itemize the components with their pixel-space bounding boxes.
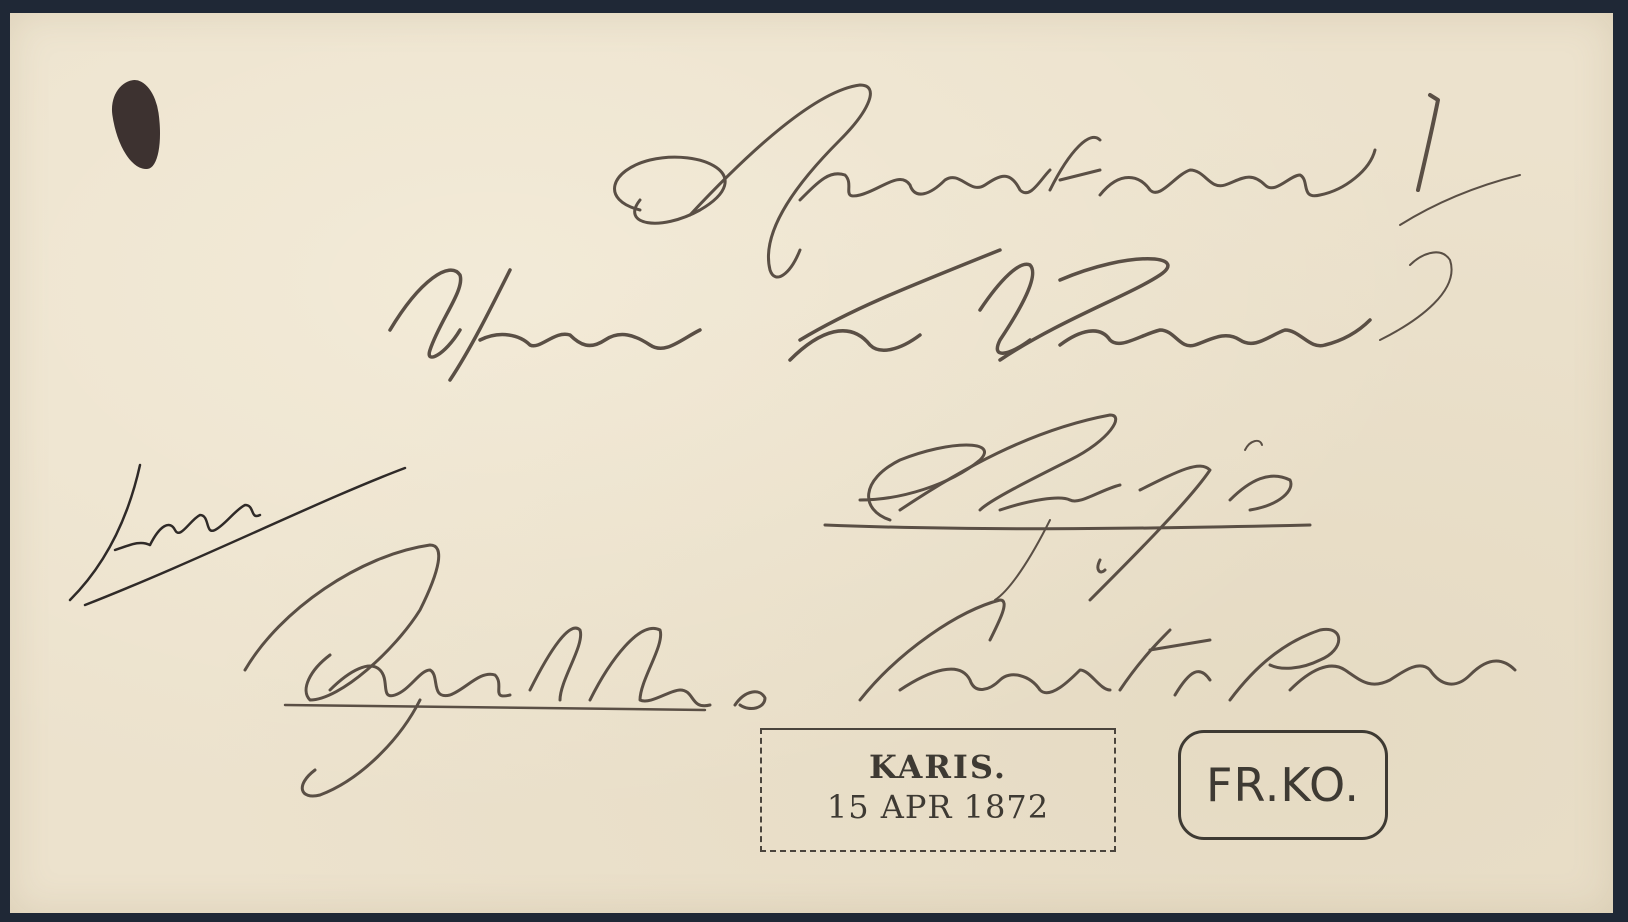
- handwriting-line-2: [390, 250, 1452, 380]
- handwriting-line-1: [615, 85, 1520, 277]
- postmark-town: KARIS.: [762, 748, 1114, 786]
- postmark-date: 15 APR 1872: [762, 788, 1114, 826]
- karis-date-postmark: KARIS. 15 APR 1872: [760, 728, 1116, 852]
- franco-postmark: FR.KO.: [1178, 730, 1388, 840]
- handwriting-line-3: [825, 415, 1310, 600]
- handwriting-franco: [70, 465, 405, 605]
